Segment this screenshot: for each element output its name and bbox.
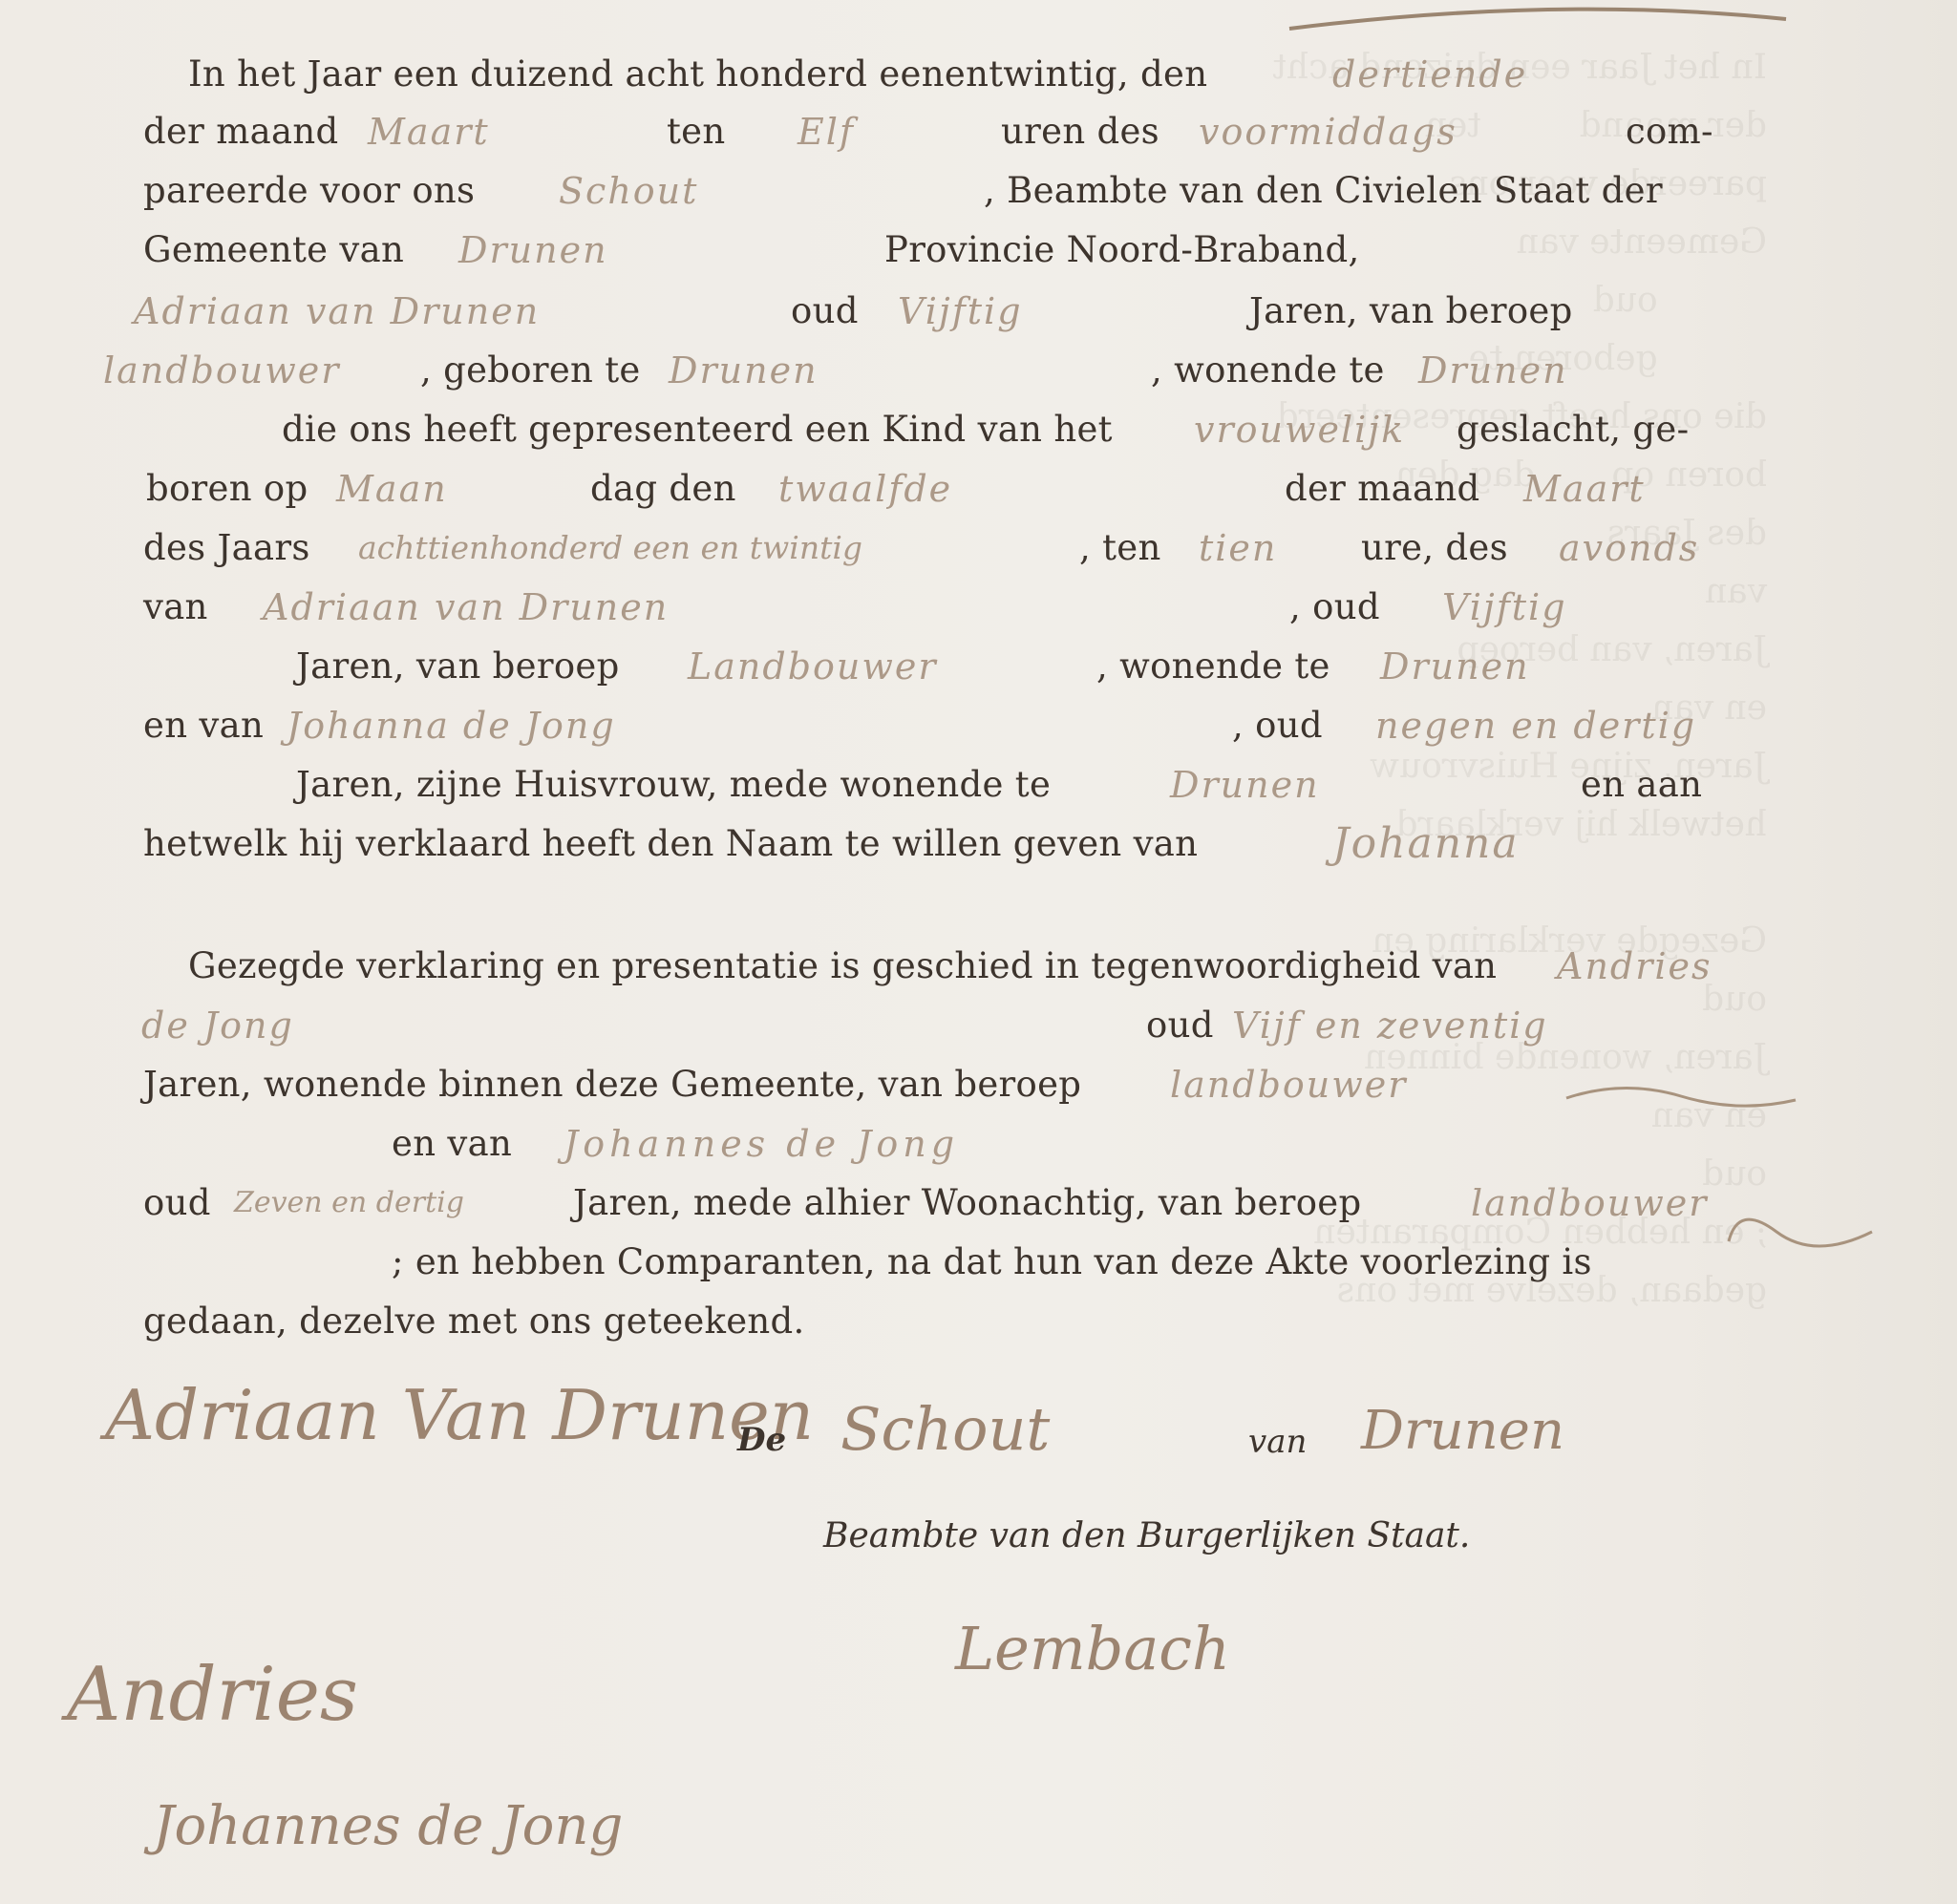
printed-text: pareerde voor ons [143, 170, 475, 212]
handwritten-entry-daypart: voormiddags [1199, 111, 1457, 153]
printed-text: Jaren, zijne Huisvrouw, mede wonende te [296, 764, 1051, 806]
handwritten-entry-father-residence: Drunen [1380, 645, 1530, 688]
printed-text: , oud [1289, 586, 1380, 628]
signature-father: Adriaan Van Drunen [105, 1375, 814, 1455]
fill-line-stroke [1719, 1194, 1910, 1251]
printed-text: van [143, 586, 208, 628]
handwritten-entry-birth-year: achttienhonderd een en twintig [358, 527, 862, 569]
handwritten-entry-declarant: Adriaan van Drunen [134, 290, 540, 332]
handwritten-entry-hour: Elf [798, 111, 855, 153]
printed-text: ten [667, 111, 726, 153]
closing-van: van [1248, 1423, 1307, 1461]
printed-text: Gemeente van [143, 229, 404, 271]
handwritten-entry-witness-2-occupation: landbouwer [1471, 1182, 1708, 1224]
printed-text: , Beambte van den Civielen Staat der [984, 170, 1663, 212]
handwritten-entry-birth-day: twaalfde [778, 468, 952, 510]
handwritten-entry-residence: Drunen [1418, 349, 1568, 391]
printed-text: , wonende te [1096, 645, 1330, 688]
printed-text: des Jaars [143, 527, 310, 569]
printed-text: en van [143, 705, 264, 747]
printed-text: en aan [1581, 764, 1702, 806]
printed-text: uren des [1001, 111, 1159, 153]
printed-text: Jaren, wonende binnen deze Gemeente, van… [143, 1064, 1081, 1106]
printed-text: Jaren, van beroep [296, 645, 620, 688]
printed-text: Gezegde verklaring en presentatie is ges… [188, 945, 1497, 987]
handwritten-entry-birth-daypart: avonds [1559, 527, 1699, 569]
handwritten-entry-mother-residence: Drunen [1170, 764, 1320, 806]
handwritten-entry-weekday: Maan [336, 468, 448, 510]
printed-text: , oud [1232, 705, 1323, 747]
printed-text: gedaan, dezelve met ons geteekend. [143, 1301, 805, 1343]
printed-text: com- [1626, 111, 1713, 153]
document-page: In het Jaar een duizend acht der maand t… [0, 0, 1957, 1904]
signature-official-role: Schout [840, 1394, 1050, 1464]
printed-text: oud [1146, 1005, 1214, 1047]
handwritten-entry-birth-month: Maart [1523, 468, 1646, 510]
printed-text: oud [143, 1182, 211, 1224]
signature-official-place: Drunen [1361, 1400, 1564, 1462]
printed-text: en van [392, 1123, 512, 1165]
signature-witness-2: Johannes de Jong [153, 1795, 623, 1857]
closing-official-title: Beambte van den Burgerlijken Staat. [823, 1516, 1470, 1555]
handwritten-entry-sex: vrouwelijk [1194, 409, 1405, 451]
printed-text: boren op [146, 468, 308, 510]
printed-text: Jaren, mede alhier Woonachtig, van beroe… [573, 1182, 1361, 1224]
printed-text: In het Jaar een duizend acht honderd een… [188, 53, 1207, 95]
handwritten-entry-birth-hour: tien [1199, 527, 1277, 569]
printed-text: geslacht, ge- [1457, 409, 1689, 451]
handwritten-entry-official: Schout [559, 170, 698, 212]
handwritten-entry-father-occupation: Landbouwer [688, 645, 938, 688]
handwritten-entry-witness-1-occupation: landbouwer [1170, 1064, 1407, 1106]
printed-text: der maand [143, 111, 338, 153]
printed-text: dag den [590, 468, 736, 510]
printed-text: hetwelk hij verklaard heeft den Naam te … [143, 823, 1198, 865]
printed-text: , ten [1079, 527, 1161, 569]
handwritten-entry-mother: Johanna de Jong [287, 705, 616, 747]
printed-text: die ons heeft gepresenteerd een Kind van… [282, 409, 1113, 451]
handwritten-entry-witness-1-age: Vijf en zeventig [1232, 1005, 1548, 1047]
handwritten-entry-declarant-occupation: landbouwer [103, 349, 340, 391]
signature-witness-1: Andries [67, 1652, 358, 1738]
handwritten-entry-birthplace: Drunen [669, 349, 819, 391]
handwritten-entry-month: Maart [368, 111, 490, 153]
handwritten-entry-witness-1-surname: de Jong [141, 1005, 294, 1047]
signature-official: Lembach [955, 1614, 1230, 1683]
top-flourish-stroke [1270, 0, 1805, 38]
printed-text: oud [791, 290, 859, 332]
handwritten-entry-witness-1-name: Andries [1557, 945, 1712, 987]
handwritten-entry-father: Adriaan van Drunen [263, 586, 669, 628]
printed-text: , wonende te [1151, 349, 1385, 391]
printed-text: Jaren, van beroep [1249, 290, 1573, 332]
handwritten-entry-declarant-age: Vijftig [898, 290, 1023, 332]
fill-line-stroke [1566, 1069, 1834, 1127]
handwritten-entry-witness-2-age: Zeven en dertig [234, 1182, 464, 1224]
printed-text: , geboren te [420, 349, 641, 391]
handwritten-entry-municipality: Drunen [458, 229, 608, 271]
printed-text: Provincie Noord-Braband, [884, 229, 1360, 271]
handwritten-entry-child-name: Johanna [1332, 823, 1520, 865]
handwritten-entry-mother-age: negen en dertig [1375, 705, 1696, 747]
closing-de: De [737, 1421, 786, 1459]
printed-text: ; en hebben Comparanten, na dat hun van … [392, 1241, 1592, 1283]
handwritten-entry-day: dertiende [1332, 53, 1527, 95]
handwritten-entry-witness-2-name: Johannes de Jong [564, 1123, 959, 1165]
printed-text: ure, des [1361, 527, 1508, 569]
handwritten-entry-father-age: Vijftig [1442, 586, 1567, 628]
printed-text: der maand [1285, 468, 1479, 510]
